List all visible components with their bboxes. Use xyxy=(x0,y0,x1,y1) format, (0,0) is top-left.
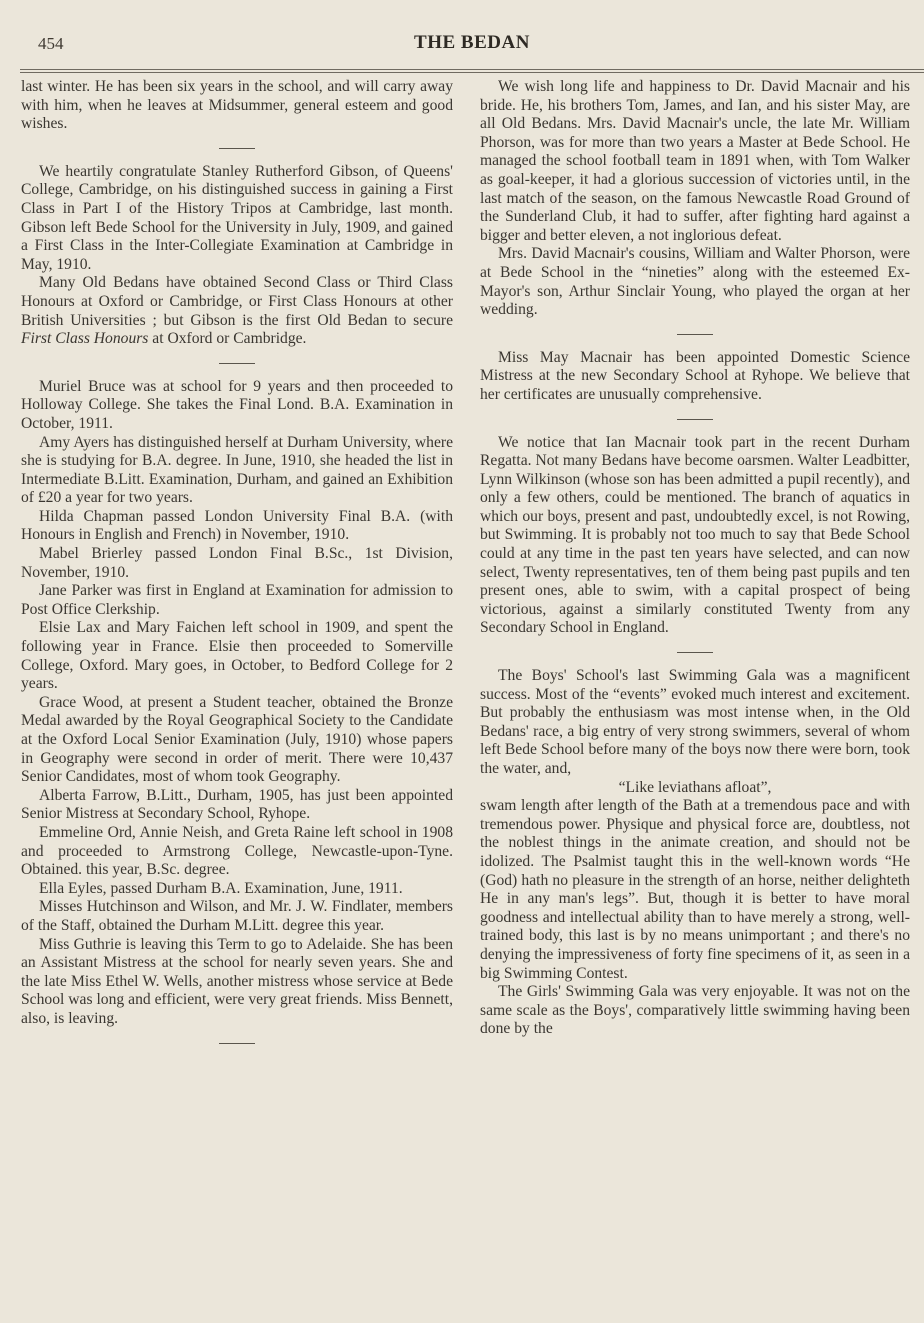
macnair-paragraph-1: We wish long life and happiness to Dr. D… xyxy=(480,78,910,245)
header-double-rule xyxy=(20,69,924,73)
success-item: Jane Parker was first in England at Exam… xyxy=(21,582,453,619)
success-item: Grace Wood, at present a Student teacher… xyxy=(21,694,453,787)
success-item: Emmeline Ord, Annie Neish, and Greta Rai… xyxy=(21,824,453,880)
text-run: at Oxford or Cambridge. xyxy=(148,330,306,347)
success-item: Ella Eyles, passed Durham B.A. Examinati… xyxy=(21,880,453,899)
girls-gala-paragraph: The Girls' Swimming Gala was very enjoya… xyxy=(480,983,910,1039)
success-item: Amy Ayers has distinguished herself at D… xyxy=(21,434,453,508)
section-divider xyxy=(219,148,255,149)
section-divider xyxy=(219,363,255,364)
gala-paragraph-continued: swam length after length of the Bath at … xyxy=(480,797,910,983)
section-divider xyxy=(677,652,713,653)
magazine-page: 454 THE BEDAN last winter. He has been s… xyxy=(0,0,924,1323)
success-item: Hilda Chapman passed London University F… xyxy=(21,508,453,545)
running-title: THE BEDAN xyxy=(0,32,924,54)
success-item: Mabel Brierley passed London Final B.Sc.… xyxy=(21,545,453,582)
section-divider xyxy=(219,1043,255,1044)
success-item: Alberta Farrow, B.Litt., Durham, 1905, h… xyxy=(21,787,453,824)
may-macnair-paragraph: Miss May Macnair has been appointed Dome… xyxy=(480,349,910,405)
text-run: Many Old Bedans have obtained Second Cla… xyxy=(21,274,453,328)
right-column: We wish long life and happiness to Dr. D… xyxy=(480,78,910,1039)
section-divider xyxy=(677,419,713,420)
success-item: Muriel Bruce was at school for 9 years a… xyxy=(21,378,453,434)
gala-paragraph-intro: The Boys' School's last Swimming Gala wa… xyxy=(480,667,910,779)
italic-emphasis: First Class Honours xyxy=(21,330,148,347)
left-column: last winter. He has been six years in th… xyxy=(21,78,453,1058)
success-item: Misses Hutchinson and Wilson, and Mr. J.… xyxy=(21,898,453,935)
gibson-paragraph-2: Many Old Bedans have obtained Second Cla… xyxy=(21,274,453,348)
success-item: Miss Guthrie is leaving this Term to go … xyxy=(21,936,453,1029)
macnair-paragraph-2: Mrs. David Macnair's cousins, William an… xyxy=(480,245,910,319)
regatta-paragraph: We notice that Ian Macnair took part in … xyxy=(480,434,910,639)
gibson-paragraph-1: We heartily congratulate Stanley Rutherf… xyxy=(21,163,453,275)
page-header: 454 THE BEDAN xyxy=(0,30,924,60)
quotation-line: “Like leviathans afloat”, xyxy=(480,779,910,798)
continued-paragraph: last winter. He has been six years in th… xyxy=(21,78,453,134)
section-divider xyxy=(677,334,713,335)
success-item: Elsie Lax and Mary Faichen left school i… xyxy=(21,619,453,693)
